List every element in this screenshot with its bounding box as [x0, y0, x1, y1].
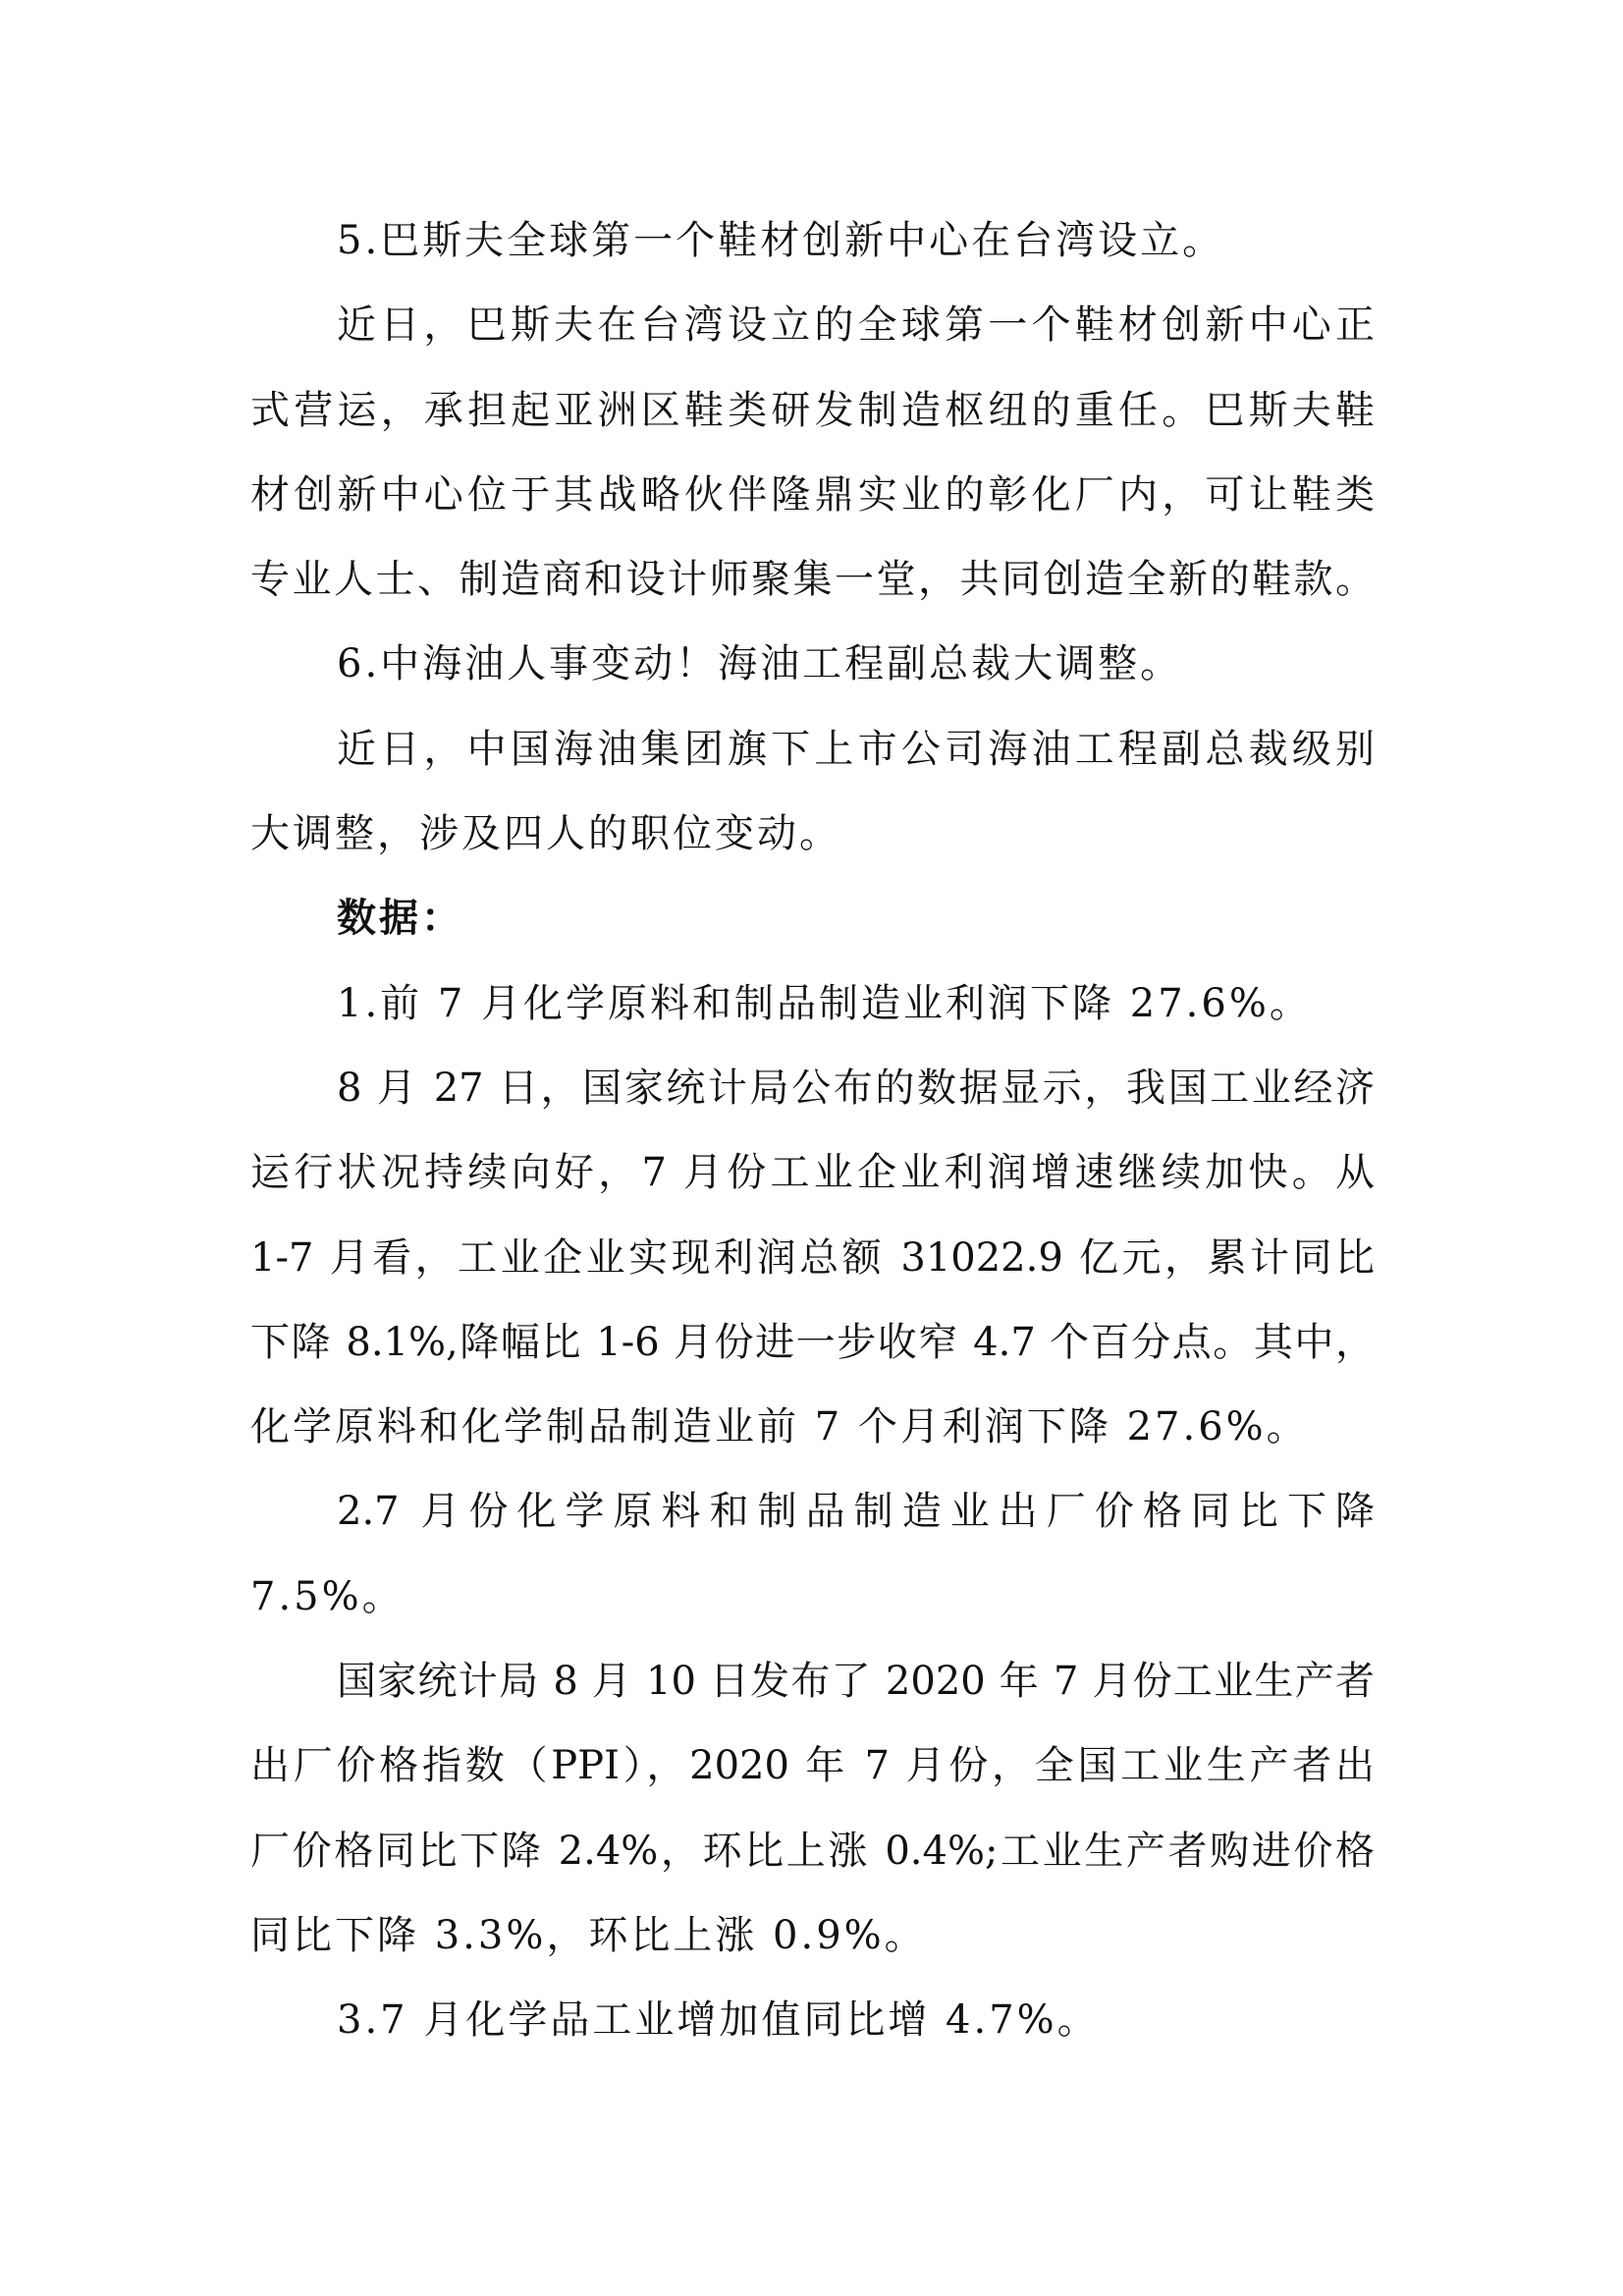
text-line: 数据： — [250, 886, 1380, 970]
news-item-5-title: 5.巴斯夫全球第一个鞋材创新中心在台湾设立。 — [250, 208, 1380, 293]
data-item-2-title: 2.7 月份化学原料和制品制造业出厂价格同比下降 7.5%。 — [250, 1479, 1380, 1649]
data-section-heading: 数据： — [250, 886, 1380, 970]
text-line: 专业人士、制造商和设计师聚集一堂，共同创造全新的鞋款。 — [250, 547, 1375, 631]
text-line: 近日，中国海油集团旗下上市公司海油工程副总裁级别 — [250, 717, 1375, 801]
text-line: 下降 8.1%,降幅比 1-6 月份进一步收窄 4.7 个百分点。其中， — [250, 1310, 1375, 1394]
text-line: 同比下降 3.3%，环比上涨 0.9%。 — [250, 1903, 1380, 1988]
news-item-6-body: 近日，中国海油集团旗下上市公司海油工程副总裁级别 大调整，涉及四人的职位变动。 — [250, 717, 1380, 887]
text-line: 大调整，涉及四人的职位变动。 — [250, 801, 1380, 886]
text-line: 化学原料和化学制品制造业前 7 个月利润下降 27.6%。 — [250, 1394, 1380, 1479]
text-line: 式营运，承担起亚洲区鞋类研发制造枢纽的重任。巴斯夫鞋 — [250, 378, 1375, 463]
text-line: 8 月 27 日，国家统计局公布的数据显示，我国工业经济 — [250, 1056, 1375, 1140]
news-item-6-title: 6.中海油人事变动！海油工程副总裁大调整。 — [250, 631, 1380, 716]
text-line: 运行状况持续向好，7 月份工业企业利润增速继续加快。从 — [250, 1140, 1375, 1225]
text-line: 6.中海油人事变动！海油工程副总裁大调整。 — [250, 631, 1380, 716]
text-line: 厂价格同比下降 2.4%，环比上涨 0.4%;工业生产者购进价格 — [250, 1819, 1375, 1903]
document-page: 5.巴斯夫全球第一个鞋材创新中心在台湾设立。 近日，巴斯夫在台湾设立的全球第一个… — [250, 208, 1380, 2073]
text-line: 近日，巴斯夫在台湾设立的全球第一个鞋材创新中心正 — [250, 293, 1375, 377]
text-line: 2.7 月份化学原料和制品制造业出厂价格同比下降 — [250, 1479, 1375, 1563]
data-item-2-body: 国家统计局 8 月 10 日发布了 2020 年 7 月份工业生产者 出厂价格指… — [250, 1649, 1380, 1988]
text-line: 7.5%。 — [250, 1564, 1380, 1649]
data-item-1-title: 1.前 7 月化学原料和制品制造业利润下降 27.6%。 — [250, 971, 1380, 1056]
data-item-3-title: 3.7 月化学品工业增加值同比增 4.7%。 — [250, 1988, 1380, 2072]
text-line: 国家统计局 8 月 10 日发布了 2020 年 7 月份工业生产者 — [250, 1649, 1375, 1733]
text-line: 材创新中心位于其战略伙伴隆鼎实业的彰化厂内，可让鞋类 — [250, 463, 1375, 547]
data-item-1-body: 8 月 27 日，国家统计局公布的数据显示，我国工业经济 运行状况持续向好，7 … — [250, 1056, 1380, 1479]
text-line: 1-7 月看，工业企业实现利润总额 31022.9 亿元，累计同比 — [250, 1226, 1375, 1310]
text-line: 5.巴斯夫全球第一个鞋材创新中心在台湾设立。 — [250, 208, 1380, 293]
text-line: 1.前 7 月化学原料和制品制造业利润下降 27.6%。 — [250, 971, 1380, 1056]
news-item-5-body: 近日，巴斯夫在台湾设立的全球第一个鞋材创新中心正 式营运，承担起亚洲区鞋类研发制… — [250, 293, 1380, 631]
text-line: 出厂价格指数（PPI），2020 年 7 月份，全国工业生产者出 — [250, 1733, 1375, 1818]
text-line: 3.7 月化学品工业增加值同比增 4.7%。 — [250, 1988, 1380, 2072]
